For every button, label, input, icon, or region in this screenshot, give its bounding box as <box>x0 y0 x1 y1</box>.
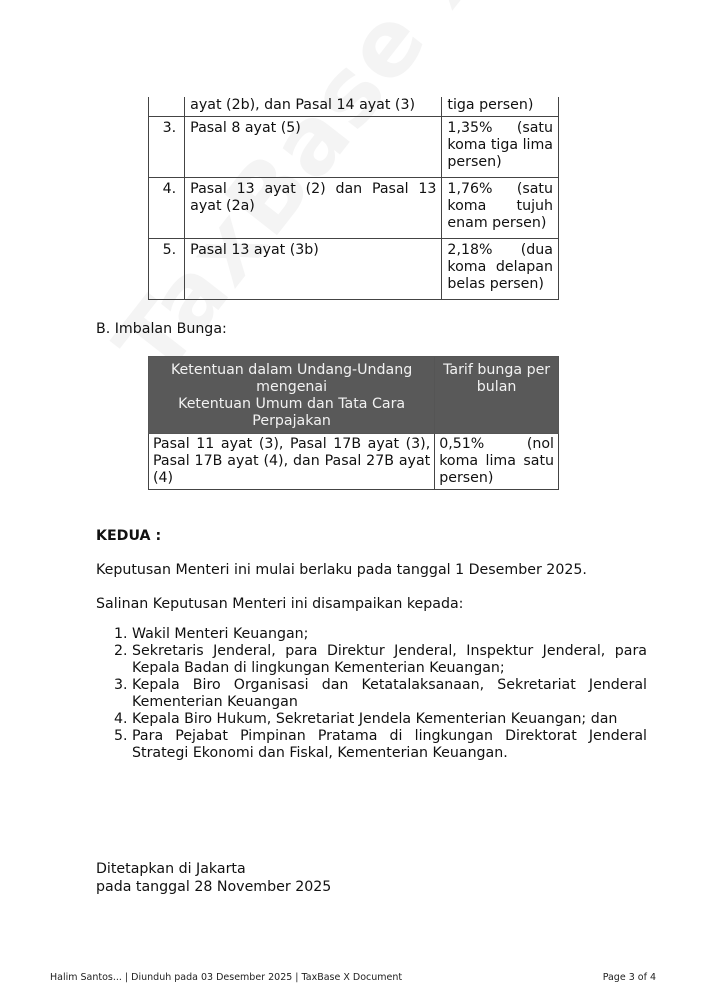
list-item: Sekretaris Jenderal, para Direktur Jende… <box>132 643 647 677</box>
row-rate: 0,51% (nol koma lima satu persen) <box>435 434 559 490</box>
row-rate: 1,76% (satu koma tujuh enam persen) <box>442 178 559 239</box>
row-number <box>149 97 185 117</box>
page-number: Page 3 of 4 <box>603 972 656 983</box>
signature-date: pada tanggal 28 November 2025 <box>96 879 331 897</box>
row-number: 3. <box>149 117 185 178</box>
table-row: 4. Pasal 13 ayat (2) dan Pasal 13 ayat (… <box>149 178 559 239</box>
header-line: mengenai <box>153 379 430 396</box>
table-header-row: Ketentuan dalam Undang-Undang mengenai K… <box>149 357 559 434</box>
table-row: 3. Pasal 8 ayat (5) 1,35% (satu koma tig… <box>149 117 559 178</box>
table-row: ayat (2b), dan Pasal 14 ayat (3) tiga pe… <box>149 97 559 117</box>
row-number: 5. <box>149 239 185 300</box>
row-pasal: Pasal 13 ayat (3b) <box>185 239 442 300</box>
header-ketentuan: Ketentuan dalam Undang-Undang mengenai K… <box>149 357 435 434</box>
header-line: Ketentuan Umum dan Tata Cara <box>153 396 430 413</box>
row-pasal: Pasal 8 ayat (5) <box>185 117 442 178</box>
row-rate: tiga persen) <box>442 97 559 117</box>
row-rate: 2,18% (dua koma delapan belas persen) <box>442 239 559 300</box>
row-pasal: ayat (2b), dan Pasal 14 ayat (3) <box>185 97 442 117</box>
kedua-heading: KEDUA : <box>96 528 161 544</box>
table-row: Pasal 11 ayat (3), Pasal 17B ayat (3), P… <box>149 434 559 490</box>
header-line: Perpajakan <box>153 413 430 430</box>
footer-download-info: Halim Santos... | Diunduh pada 03 Desemb… <box>50 972 402 983</box>
section-b-title: B. Imbalan Bunga: <box>96 321 227 337</box>
tariff-table-continued: ayat (2b), dan Pasal 14 ayat (3) tiga pe… <box>148 97 559 300</box>
row-number: 4. <box>149 178 185 239</box>
signature-block: Ditetapkan di Jakarta pada tanggal 28 No… <box>96 861 331 896</box>
table-row: 5. Pasal 13 ayat (3b) 2,18% (dua koma de… <box>149 239 559 300</box>
effective-date-text: Keputusan Menteri ini mulai berlaku pada… <box>96 562 587 578</box>
recipient-list: Wakil Menteri Keuangan; Sekretaris Jende… <box>96 626 647 762</box>
header-line: Ketentuan dalam Undang-Undang <box>153 362 430 379</box>
list-item: Wakil Menteri Keuangan; <box>132 626 647 643</box>
row-pasal: Pasal 11 ayat (3), Pasal 17B ayat (3), P… <box>149 434 435 490</box>
row-rate: 1,35% (satu koma tiga lima persen) <box>442 117 559 178</box>
list-item: Para Pejabat Pimpinan Pratama di lingkun… <box>132 728 647 762</box>
copies-intro: Salinan Keputusan Menteri ini disampaika… <box>96 596 463 612</box>
list-item: Kepala Biro Hukum, Sekretariat Jendela K… <box>132 711 647 728</box>
header-tarif: Tarif bunga per bulan <box>435 357 559 434</box>
signature-place: Ditetapkan di Jakarta <box>96 861 331 879</box>
row-pasal: Pasal 13 ayat (2) dan Pasal 13 ayat (2a) <box>185 178 442 239</box>
interest-table: Ketentuan dalam Undang-Undang mengenai K… <box>148 356 559 490</box>
list-item: Kepala Biro Organisasi dan Ketatalaksana… <box>132 677 647 711</box>
